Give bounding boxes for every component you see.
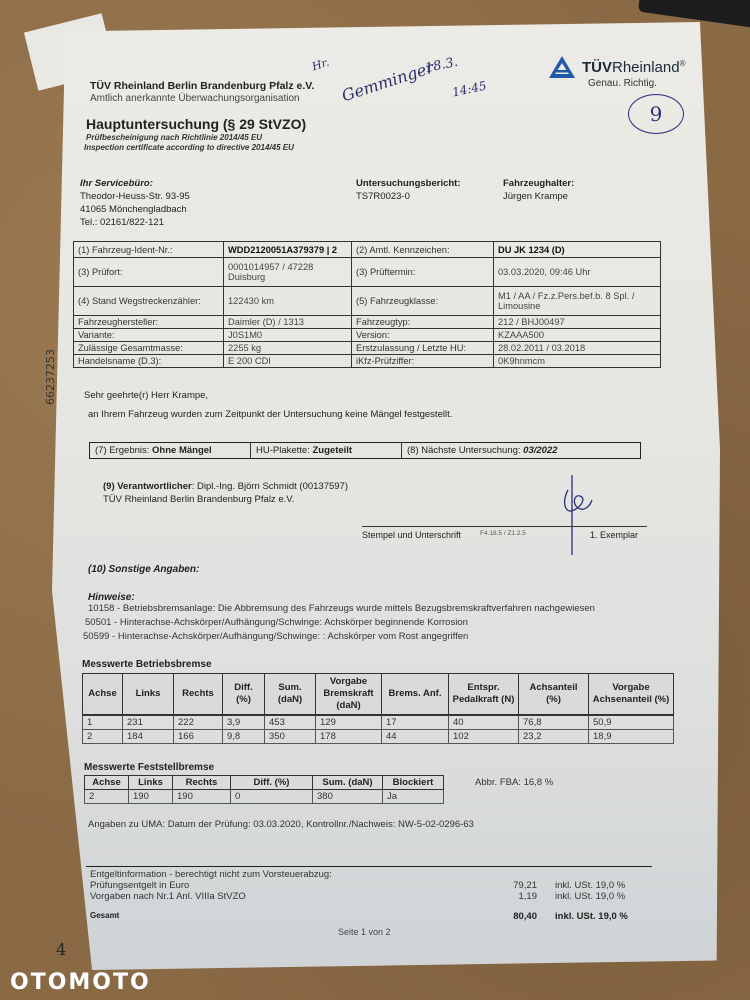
document-title: Hauptuntersuchung (§ 29 StVZO) xyxy=(86,116,306,132)
table-cell: 380 xyxy=(313,790,383,804)
field-label: Version: xyxy=(352,329,494,342)
column-header: Vorgabe Bremskraft (daN) xyxy=(316,674,382,716)
table-cell: 3,9 xyxy=(223,715,265,730)
document-subtitle-en: Inspection certificate according to dire… xyxy=(84,143,294,152)
field-label: Fahrzeugtyp: xyxy=(352,316,494,329)
parking-brake-table: AchseLinksRechtsDiff. (%)Sum. (daN)Block… xyxy=(84,775,444,804)
page-number: Seite 1 von 2 xyxy=(338,927,391,937)
field-label: Erstzulassung / Letzte HU: xyxy=(352,342,494,355)
signature-line xyxy=(362,526,647,527)
table-row: 21841669,83501784410223,218,9 xyxy=(83,730,674,744)
table-cell: 350 xyxy=(265,730,316,744)
table-cell: 453 xyxy=(265,715,316,730)
table-cell: 2 xyxy=(85,790,129,804)
fee-row: Prüfungsentgelt in Euro79,21inkl. USt. 1… xyxy=(90,880,650,891)
field-label: (1) Fahrzeug-Ident-Nr.: xyxy=(74,242,224,258)
hints-heading: Hinweise: xyxy=(88,592,135,603)
responsible-org: TÜV Rheinland Berlin Brandenburg Pfalz e… xyxy=(103,494,294,505)
table-row: 12312223,9453129174076,850,9 xyxy=(83,715,674,730)
table-cell: 184 xyxy=(123,730,174,744)
abbr-fba: Abbr. FBA: 16,8 % xyxy=(475,777,553,788)
service-office-city: 41065 Mönchengladbach xyxy=(80,203,190,216)
column-header: Vorgabe Achsenanteil (%) xyxy=(589,674,674,716)
column-header: Rechts xyxy=(173,776,231,790)
field-label: Variante: xyxy=(74,329,224,342)
table-cell: 17 xyxy=(382,715,449,730)
table-cell: 0 xyxy=(231,790,313,804)
report-label: Untersuchungsbericht: xyxy=(356,177,461,190)
field-value: 2255 kg xyxy=(224,342,352,355)
table-cell: 178 xyxy=(316,730,382,744)
hint-item: 50599 - Hinterachse-Achskörper/Aufhängun… xyxy=(83,631,468,642)
table-cell: 9,8 xyxy=(223,730,265,744)
field-value: WDD2120051A379379 | 2 xyxy=(224,242,352,258)
form-code: F4.18.5 / Z1.2.5 xyxy=(480,530,526,537)
field-value: 28.02.2011 / 03.2018 xyxy=(494,342,661,355)
corner-mark: 4 xyxy=(56,940,66,959)
table-cell: 44 xyxy=(382,730,449,744)
organization-subtitle: Amtlich anerkannte Überwachungsorganisat… xyxy=(90,93,300,104)
field-value: 03.03.2020, 09:46 Uhr xyxy=(494,258,661,287)
table-cell: 222 xyxy=(174,715,223,730)
table-cell: 166 xyxy=(174,730,223,744)
fee-divider xyxy=(86,866,652,867)
responsible-person: (9) Verantwortlicher: Dipl.-Ing. Björn S… xyxy=(103,481,348,492)
table-row: (1) Fahrzeug-Ident-Nr.:WDD2120051A379379… xyxy=(74,242,661,258)
column-header: Entspr. Pedalkraft (N) xyxy=(449,674,519,716)
field-value: 212 / BHJ00497 xyxy=(494,316,661,329)
column-header: Sum. (daN) xyxy=(313,776,383,790)
table-row: Fahrzeughersteller:Daimler (D) / 1313Fah… xyxy=(74,316,661,329)
field-value: J0S1M0 xyxy=(224,329,352,342)
field-label: Fahrzeughersteller: xyxy=(74,316,224,329)
circled-number: 9 xyxy=(628,94,684,134)
document-subtitle-de: Prüfbescheinigung nach Richtlinie 2014/4… xyxy=(86,133,262,142)
table-cell: Ja xyxy=(383,790,444,804)
column-header: Links xyxy=(123,674,174,716)
owner-info: Fahrzeughalter: Jürgen Krampe xyxy=(503,177,574,203)
result-statement: an Ihrem Fahrzeug wurden zum Zeitpunkt d… xyxy=(88,409,452,420)
table-row: Handelsname (D.3):E 200 CDIiKfz-Prüfziff… xyxy=(74,355,661,368)
owner-value: Jürgen Krampe xyxy=(503,190,574,203)
margin-number: 66237253 xyxy=(44,349,57,405)
service-office-phone: Tel.: 02161/822-121 xyxy=(80,216,190,229)
table-cell: 2 xyxy=(83,730,123,744)
owner-label: Fahrzeughalter: xyxy=(503,177,574,190)
service-brake-heading: Messwerte Betriebsbremse xyxy=(82,659,212,670)
organization-name: TÜV Rheinland Berlin Brandenburg Pfalz e… xyxy=(90,80,314,92)
field-value: E 200 CDI xyxy=(224,355,352,368)
column-header: Achsanteil (%) xyxy=(519,674,589,716)
vehicle-data-table: (1) Fahrzeug-Ident-Nr.:WDD2120051A379379… xyxy=(73,241,661,368)
column-header: Links xyxy=(129,776,173,790)
report-value: TS7R0023-0 xyxy=(356,190,461,203)
service-office-label: Ihr Servicebüro: xyxy=(80,177,190,190)
service-office-street: Theodor-Heuss-Str. 93-95 xyxy=(80,190,190,203)
watermark-logo: OTOMOTO xyxy=(10,970,151,995)
tuv-logo: TÜVRheinland® xyxy=(548,55,685,79)
table-cell: 129 xyxy=(316,715,382,730)
logo-tagline: Genau. Richtig. xyxy=(588,78,657,89)
table-cell: 102 xyxy=(449,730,519,744)
hint-item: 10158 - Betriebsbremsanlage: Die Abbrems… xyxy=(88,603,595,614)
table-row: (3) Prüfort:0001014957 / 47228 Duisburg(… xyxy=(74,258,661,287)
field-label: (5) Fahrzeugklasse: xyxy=(352,287,494,316)
table-row: Variante:J0S1M0Version:KZAAA500 xyxy=(74,329,661,342)
service-brake-table: AchseLinksRechtsDiff. (%)Sum. (daN)Vorga… xyxy=(82,673,674,744)
field-label: (3) Prüftermin: xyxy=(352,258,494,287)
table-row: (4) Stand Wegstreckenzähler:122430 km(5)… xyxy=(74,287,661,316)
logo-wordmark: TÜVRheinland® xyxy=(582,59,685,76)
field-label: Zulässige Gesamtmasse: xyxy=(74,342,224,355)
result-box: (7) Ergebnis: Ohne Mängel HU-Plakette: Z… xyxy=(89,442,641,459)
copy-label: 1. Exemplar xyxy=(590,530,638,540)
table-cell: 50,9 xyxy=(589,715,674,730)
hint-item: 50501 - Hinterachse-Achskörper/Aufhängun… xyxy=(85,617,468,628)
fee-total: Gesamt80,40inkl. USt. 19,0 % xyxy=(90,911,650,922)
field-value: KZAAA500 xyxy=(494,329,661,342)
signature-label: Stempel und Unterschrift xyxy=(362,530,461,540)
field-value: DU JK 1234 (D) xyxy=(494,242,661,258)
field-value: 122430 km xyxy=(224,287,352,316)
table-cell: 40 xyxy=(449,715,519,730)
column-header: Achse xyxy=(83,674,123,716)
column-header: Brems. Anf. xyxy=(382,674,449,716)
column-header: Sum. (daN) xyxy=(265,674,316,716)
fee-heading: Entgeltinformation - berechtigt nicht zu… xyxy=(90,869,332,880)
column-header: Diff. (%) xyxy=(223,674,265,716)
field-value: M1 / AA / Fz.z.Pers.bef.b. 8 Spl. / Limo… xyxy=(494,287,661,316)
field-label: (4) Stand Wegstreckenzähler: xyxy=(74,287,224,316)
field-value: 0001014957 / 47228 Duisburg xyxy=(224,258,352,287)
table-cell: 18,9 xyxy=(589,730,674,744)
other-info-heading: (10) Sonstige Angaben: xyxy=(88,564,199,575)
field-value: 0K9hnmcm xyxy=(494,355,661,368)
table-cell: 190 xyxy=(173,790,231,804)
table-cell: 231 xyxy=(123,715,174,730)
table-cell: 76,8 xyxy=(519,715,589,730)
table-cell: 1 xyxy=(83,715,123,730)
result-field: (7) Ergebnis: Ohne Mängel xyxy=(90,443,251,458)
plakette-field: HU-Plakette: Zugeteilt xyxy=(251,443,402,458)
fee-row: Vorgaben nach Nr.1 Anl. VIIIa StVZO1,19i… xyxy=(90,891,650,902)
column-header: Diff. (%) xyxy=(231,776,313,790)
parking-brake-heading: Messwerte Feststellbremse xyxy=(84,762,214,773)
service-office: Ihr Servicebüro: Theodor-Heuss-Str. 93-9… xyxy=(80,177,190,229)
salutation: Sehr geehrte(r) Herr Krampe, xyxy=(84,390,208,401)
field-label: (3) Prüfort: xyxy=(74,258,224,287)
table-cell: 23,2 xyxy=(519,730,589,744)
report-info: Untersuchungsbericht: TS7R0023-0 xyxy=(356,177,461,203)
field-value: Daimler (D) / 1313 xyxy=(224,316,352,329)
column-header: Rechts xyxy=(174,674,223,716)
tuv-triangle-icon xyxy=(548,55,576,79)
table-cell: 190 xyxy=(129,790,173,804)
signature-icon xyxy=(558,470,598,560)
table-row: Zulässige Gesamtmasse:2255 kgErstzulassu… xyxy=(74,342,661,355)
field-label: (2) Amtl. Kennzeichen: xyxy=(352,242,494,258)
table-row: 21901900380Ja xyxy=(85,790,444,804)
column-header: Achse xyxy=(85,776,129,790)
field-label: Handelsname (D.3): xyxy=(74,355,224,368)
column-header: Blockiert xyxy=(383,776,444,790)
field-label: iKfz-Prüfziffer: xyxy=(352,355,494,368)
uma-info: Angaben zu UMA: Datum der Prüfung: 03.03… xyxy=(88,819,474,830)
next-inspection-field: (8) Nächste Untersuchung: 03/2022 xyxy=(402,443,640,458)
